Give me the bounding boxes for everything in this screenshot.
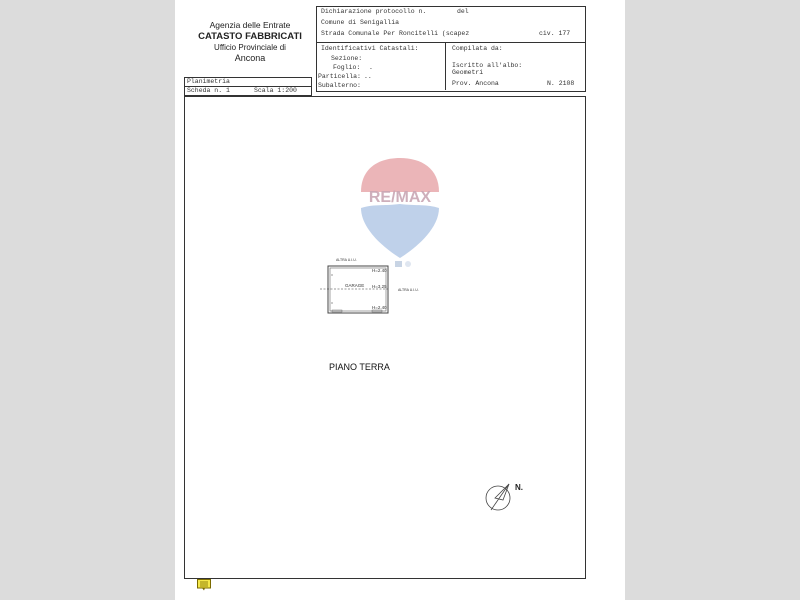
del-label: del [457, 8, 469, 15]
divider [316, 42, 585, 43]
registration-number: N. 2108 [547, 80, 574, 87]
catasto-title: CATASTO FABBRICATI [175, 31, 325, 42]
registered-label: Iscritto all'albo: [452, 62, 522, 69]
subalterno-label: Subalterno: [318, 82, 361, 89]
identifiers-title: Identificativi Catastali: [321, 45, 419, 52]
height-label-3: H=2.40 [372, 305, 387, 310]
remax-watermark-icon: RE/MAX [357, 158, 443, 270]
comune: Comune di Senigallia [321, 19, 399, 26]
comment-note-icon[interactable] [197, 579, 211, 591]
address: Strada Comunale Per Roncitelli (scapez [321, 30, 469, 37]
floor-label: PIANO TERRA [329, 362, 390, 372]
office-label: Ufficio Provinciale di [175, 42, 325, 53]
province: Prov. Ancona [452, 80, 499, 87]
planimetria-title: Planimetria [187, 78, 230, 85]
sezione-label: Sezione: [331, 55, 362, 62]
profession: Geometri [452, 69, 483, 76]
compiled-by-label: Compilata da: [452, 45, 503, 52]
scale: Scala 1:200 [254, 87, 297, 94]
north-label: N. [515, 483, 523, 492]
north-arrow-icon [485, 480, 515, 512]
other-unit-top-label: ALTRA U.I.U. [336, 258, 357, 262]
civic-number: civ. 177 [539, 30, 570, 37]
particella-label: Particella: [318, 73, 361, 80]
agency-name: Agenzia delle Entrate [175, 20, 325, 31]
document-page: Agenzia delle Entrate CATASTO FABBRICATI… [175, 0, 625, 600]
foglio-label: Foglio: [333, 64, 360, 71]
room-label-garage: GARAGE [345, 283, 364, 288]
other-unit-right-label: ALTRA U.I.U. [398, 288, 419, 292]
particella-value: .. [364, 73, 372, 80]
divider [445, 42, 446, 90]
office-city: Ancona [175, 53, 325, 64]
height-label-2: H=3.25 [372, 284, 387, 289]
svg-text:RE/MAX: RE/MAX [369, 189, 432, 206]
agency-header: Agenzia delle Entrate CATASTO FABBRICATI… [175, 20, 325, 64]
foglio-value: . [369, 64, 373, 71]
scheda-number: Scheda n. 1 [187, 87, 230, 94]
height-label-1: H=2.40 [372, 268, 387, 273]
protocol-label: Dichiarazione protocollo n. [321, 8, 426, 15]
